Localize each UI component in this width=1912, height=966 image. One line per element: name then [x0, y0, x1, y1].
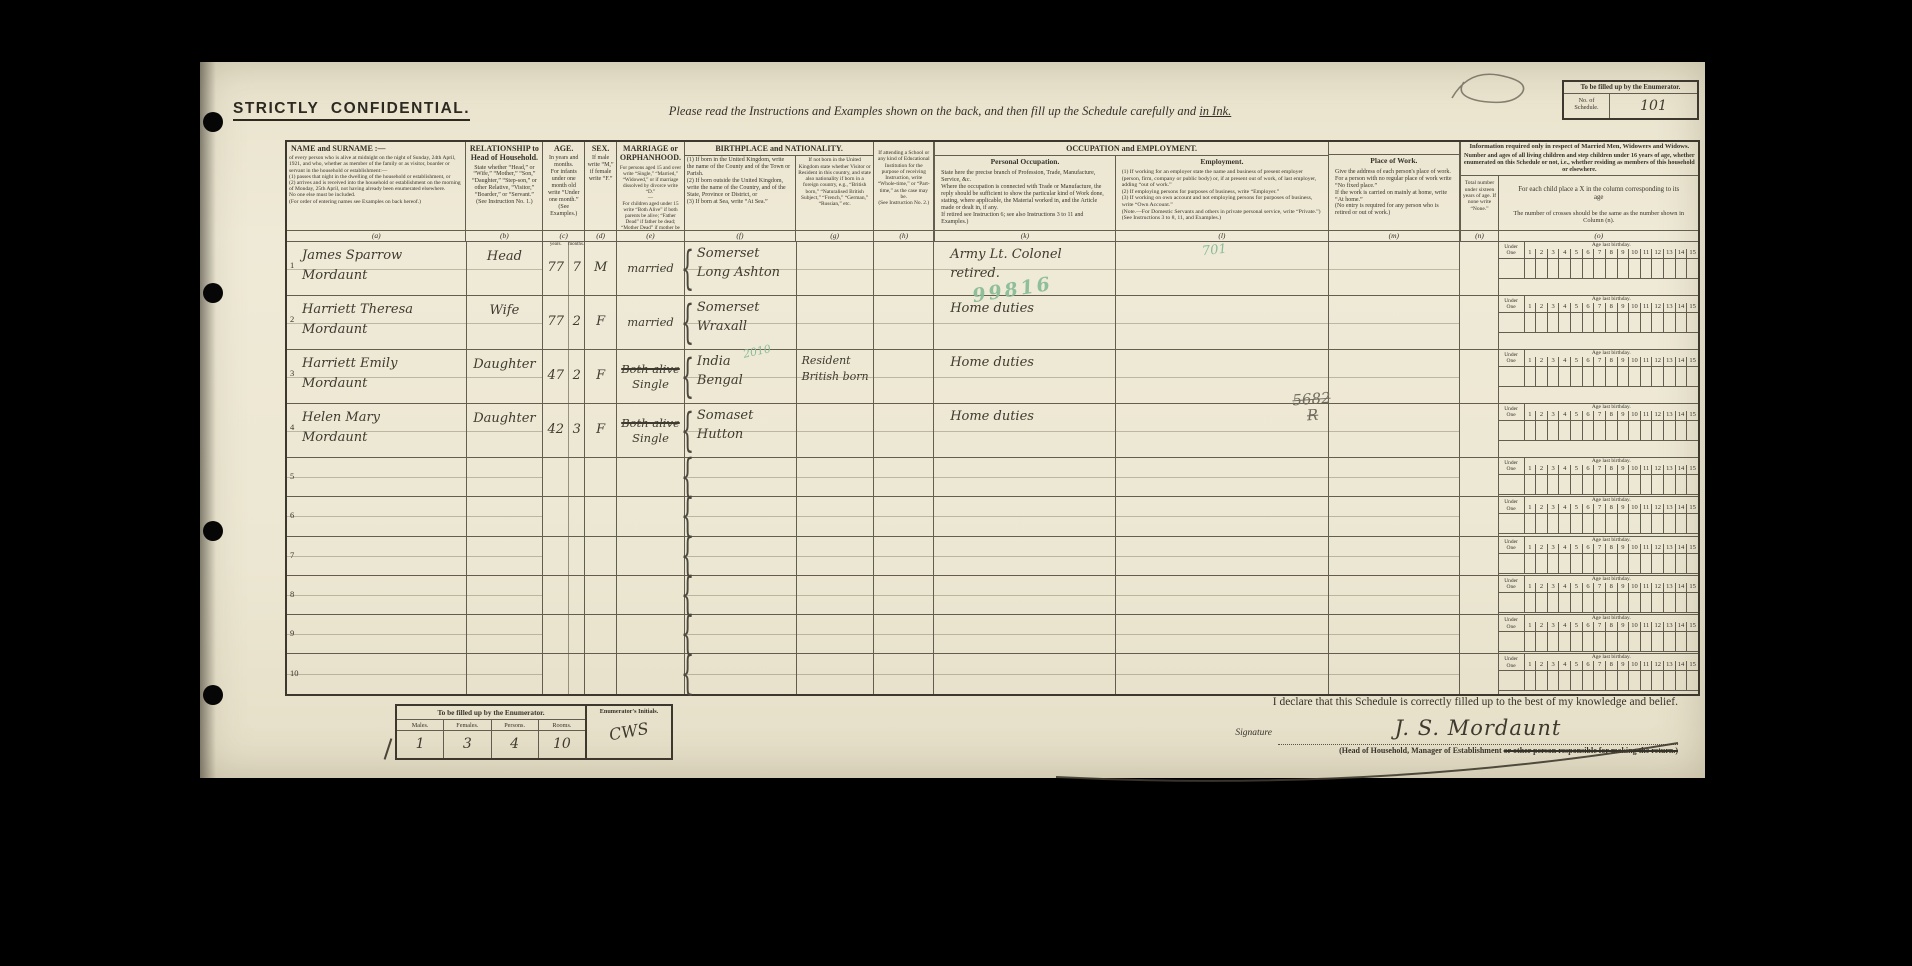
declaration-block: I declare that this Schedule is correctl…: [1030, 696, 1678, 755]
age-col-7: 7: [1593, 411, 1605, 420]
occupation-group-title: OCCUPATION and EMPLOYMENT.: [935, 142, 1328, 156]
cross-cell: [1618, 421, 1630, 440]
age-col-14: 14: [1675, 303, 1687, 312]
cross-cell: [1571, 259, 1583, 278]
age-col-6: 6: [1582, 303, 1594, 312]
cell-relationship: Head: [467, 242, 544, 295]
cross-row: [1499, 313, 1698, 332]
occupation-col-letter: (k): [935, 230, 1115, 241]
under-one-label: Under One: [1499, 537, 1525, 553]
cross-cell: [1676, 593, 1688, 612]
cell-employment: [1116, 296, 1329, 349]
cross-cell: [1652, 367, 1664, 386]
age-col-11: 11: [1640, 661, 1652, 670]
age-last-birthday-label: Age last birthday.: [1525, 350, 1698, 357]
cross-cell: [1676, 632, 1688, 651]
cross-cell: [1664, 421, 1676, 440]
cell-name: 9: [287, 615, 467, 653]
males-value: 1: [416, 734, 425, 754]
age-col-4: 4: [1558, 583, 1570, 592]
cross-cell: [1618, 554, 1630, 573]
enumerator-initials: CWS: [607, 717, 650, 747]
cross-cell: [1641, 514, 1653, 533]
nationality-entry: [797, 296, 874, 299]
cross-cell: [1676, 554, 1688, 573]
cross-cell: [1571, 475, 1583, 494]
age-grid-header: Under OneAge last birthday.1234567891011…: [1499, 404, 1698, 421]
cross-cell: [1606, 554, 1618, 573]
cell-age: 772: [543, 296, 585, 349]
cross-cell: [1583, 421, 1595, 440]
age-last-birthday-label: Age last birthday.: [1525, 537, 1698, 544]
cross-cell: [1583, 671, 1595, 690]
age-col-2: 2: [1535, 357, 1547, 366]
age-col-6: 6: [1582, 504, 1594, 513]
cross-cell: [1687, 671, 1698, 690]
age-col-1: 1: [1525, 544, 1536, 553]
cell-occupation: Home duties: [934, 350, 1115, 403]
cell-birthplace: {: [685, 576, 797, 614]
age-col-1: 1: [1525, 583, 1536, 592]
cross-cell: [1559, 367, 1571, 386]
cell-nationality: [797, 296, 875, 349]
cross-cell: [1571, 514, 1583, 533]
age-col-12: 12: [1651, 357, 1663, 366]
birthplace-entry: India Bengal: [685, 350, 796, 391]
age-col-4: 4: [1558, 544, 1570, 553]
birthplace-col-body: (1) If born in the United Kingdom, write…: [685, 156, 795, 230]
cross-cell: [1559, 313, 1571, 332]
cross-cell: [1652, 554, 1664, 573]
cross-cell: [1536, 367, 1548, 386]
cell-employment: [1116, 458, 1329, 496]
row-number: 10: [290, 668, 299, 678]
age-col-11: 11: [1640, 411, 1652, 420]
persons-column-label: Persons.: [492, 720, 539, 730]
cell-education: [874, 615, 934, 653]
cross-cell: [1559, 475, 1571, 494]
age-col-1: 1: [1525, 622, 1536, 631]
children-age-grid: Under OneAge last birthday.1234567891011…: [1499, 296, 1698, 333]
occupation-entry: Home duties: [934, 404, 1114, 427]
cell-birthplace: {: [685, 537, 797, 575]
age-number-row: 123456789101112131415: [1525, 622, 1698, 631]
age-number-row: 123456789101112131415: [1525, 544, 1698, 553]
cross-cell: [1536, 671, 1548, 690]
cross-cell: [1641, 671, 1653, 690]
cross-row: [1499, 632, 1698, 651]
cross-cell: [1594, 421, 1606, 440]
females-value: 3: [463, 734, 472, 754]
cross-cell: [1499, 421, 1525, 440]
under-one-label: Under One: [1499, 458, 1525, 474]
age-col-7: 7: [1593, 465, 1605, 474]
cell-sex: [585, 615, 617, 653]
marriage-entry: Single: [632, 431, 669, 445]
col-header-children-ages: For each child place a X in the column c…: [1499, 176, 1698, 241]
age-grid-header-right: Age last birthday.123456789101112131415: [1525, 615, 1698, 631]
age-grid-header: Under OneAge last birthday.1234567891011…: [1499, 458, 1698, 475]
cell-children-ages: Under OneAge last birthday.1234567891011…: [1499, 654, 1698, 693]
cross-cell: [1629, 475, 1641, 494]
age-grid-header-right: Age last birthday.123456789101112131415: [1525, 350, 1698, 366]
cross-cell: [1652, 593, 1664, 612]
age-col-5: 5: [1570, 661, 1582, 670]
cell-marriage: married: [617, 296, 685, 349]
age-col-4: 4: [1558, 411, 1570, 420]
age-col-4: 4: [1558, 661, 1570, 670]
cross-row: [1499, 514, 1698, 533]
cross-cell: [1606, 367, 1618, 386]
age-col-7: 7: [1593, 303, 1605, 312]
age-col-8: 8: [1605, 357, 1617, 366]
cross-cell: [1664, 313, 1676, 332]
place-of-work-col-letter: (m): [1329, 230, 1459, 241]
age-col-6: 6: [1582, 465, 1594, 474]
cell-name: 7: [287, 537, 467, 575]
age-grid-header: Under OneAge last birthday.1234567891011…: [1499, 497, 1698, 514]
age-col-5: 5: [1570, 357, 1582, 366]
cell-nationality: Resident British born: [797, 350, 875, 403]
cross-cell: [1583, 475, 1595, 494]
age-col-11: 11: [1640, 303, 1652, 312]
age-col-5: 5: [1570, 303, 1582, 312]
cross-cell: [1559, 671, 1571, 690]
row-number: 6: [290, 510, 294, 520]
cell-name: 3Harriett Emily Mordaunt: [287, 350, 467, 403]
cell-nationality: [797, 458, 875, 496]
cross-cell: [1559, 514, 1571, 533]
cell-birthplace: {India Bengal2010: [685, 350, 797, 403]
age-col-1: 1: [1525, 249, 1536, 258]
cell-children-total: [1460, 497, 1499, 535]
age-col-13: 13: [1663, 303, 1675, 312]
cross-cell: [1594, 475, 1606, 494]
cell-children-total: [1460, 458, 1499, 496]
age-col-7: 7: [1593, 249, 1605, 258]
nationality-entry: Resident British born: [797, 350, 874, 385]
cross-cell: [1606, 313, 1618, 332]
cell-name: 5: [287, 458, 467, 496]
age-col-9: 9: [1617, 544, 1629, 553]
age-col-10: 10: [1628, 583, 1640, 592]
cell-nationality: [797, 615, 875, 653]
col-header-employment: Employment. (1) If working for an employ…: [1116, 156, 1328, 241]
age-col-7: 7: [1593, 622, 1605, 631]
cross-cell: [1676, 367, 1688, 386]
age-col-15: 15: [1686, 357, 1698, 366]
rooms-value: 10: [553, 734, 571, 754]
age-col-8: 8: [1605, 661, 1617, 670]
cross-cell: [1594, 671, 1606, 690]
age-months-entry: 3: [569, 404, 584, 457]
cross-cell: [1559, 421, 1571, 440]
age-col-5: 5: [1570, 249, 1582, 258]
employment-col-letter: (l): [1116, 230, 1328, 241]
cross-cell: [1676, 671, 1688, 690]
cell-age: years.months.777: [543, 242, 585, 295]
cross-cell: [1641, 367, 1653, 386]
age-grid-header: Under OneAge last birthday.1234567891011…: [1499, 537, 1698, 554]
cell-sex: [585, 537, 617, 575]
cell-place-of-work: [1329, 296, 1460, 349]
schedule-box-title: To be filled up by the Enumerator.: [1564, 82, 1697, 94]
age-col-9: 9: [1617, 465, 1629, 474]
age-years-entry: 47: [543, 350, 569, 403]
cell-age: [543, 615, 585, 653]
table-row: 4Helen Mary Mordaunt Daughter 423 F Both…: [287, 404, 1698, 458]
age-col-8: 8: [1605, 465, 1617, 474]
age-col-6: 6: [1582, 411, 1594, 420]
age-col-13: 13: [1663, 583, 1675, 592]
col-group-children: Information required only in respect of …: [1460, 142, 1698, 241]
cross-cell: [1525, 514, 1537, 533]
age-col-10: 10: [1628, 249, 1640, 258]
age-col-10: 10: [1628, 661, 1640, 670]
cell-children-ages: Under OneAge last birthday.1234567891011…: [1499, 242, 1698, 295]
age-col-9: 9: [1617, 249, 1629, 258]
cell-children-ages: Under OneAge last birthday.1234567891011…: [1499, 537, 1698, 575]
age-last-birthday-label: Age last birthday.: [1525, 497, 1698, 504]
cell-sex: [585, 458, 617, 496]
cross-cell: [1629, 259, 1641, 278]
age-col-11: 11: [1640, 249, 1652, 258]
cross-cell: [1629, 593, 1641, 612]
col-header-sex: SEX. If male write “M,” if female write …: [585, 142, 617, 241]
cell-education: [874, 537, 934, 575]
age-col-9: 9: [1617, 303, 1629, 312]
cell-children-ages: Under OneAge last birthday.1234567891011…: [1499, 296, 1698, 349]
col-group-occupation-employment: OCCUPATION and EMPLOYMENT. Personal Occu…: [934, 142, 1329, 241]
table-row: 5 { Under OneAge last birthday.123456789…: [287, 458, 1698, 497]
cross-cell: [1618, 313, 1630, 332]
age-col-4: 4: [1558, 465, 1570, 474]
under-one-label: Under One: [1499, 576, 1525, 592]
age-col-7: 7: [1593, 357, 1605, 366]
cell-birthplace: {: [685, 458, 797, 496]
sex-col-letter: (d): [585, 230, 616, 241]
cell-place-of-work: [1329, 537, 1460, 575]
brace-glyph: {: [681, 245, 694, 291]
cross-cell: [1548, 671, 1560, 690]
children-age-grid: Under OneAge last birthday.1234567891011…: [1499, 350, 1698, 387]
name-col-title: NAME and SURNAME :—: [287, 142, 465, 154]
age-col-8: 8: [1605, 504, 1617, 513]
cell-birthplace: {Somaset Hutton: [685, 404, 797, 457]
age-col-9: 9: [1617, 504, 1629, 513]
age-col-9: 9: [1617, 411, 1629, 420]
cross-cell: [1594, 554, 1606, 573]
cross-cell: [1499, 313, 1525, 332]
cross-cell: [1618, 593, 1630, 612]
col-header-birthplace: (1) If born in the United Kingdom, write…: [685, 156, 796, 241]
years-label: years.: [543, 242, 568, 247]
females-column-label: Females.: [444, 720, 491, 730]
cross-cell: [1687, 313, 1698, 332]
cross-cell: [1652, 259, 1664, 278]
age-grid-header: Under OneAge last birthday.1234567891011…: [1499, 576, 1698, 593]
cross-cell: [1536, 632, 1548, 651]
cross-cell: [1687, 514, 1698, 533]
cross-cell: [1571, 593, 1583, 612]
age-col-9: 9: [1617, 357, 1629, 366]
age-col-15: 15: [1686, 544, 1698, 553]
age-col-14: 14: [1675, 661, 1687, 670]
cross-cell: [1606, 475, 1618, 494]
cell-marriage: Both aliveSingle: [617, 404, 685, 457]
sex-entry: F: [596, 313, 605, 332]
cross-cell: [1536, 259, 1548, 278]
age-col-10: 10: [1628, 622, 1640, 631]
cell-nationality: [797, 404, 875, 457]
row-number: 2: [290, 314, 294, 324]
cell-age: [543, 537, 585, 575]
cross-cell: [1571, 671, 1583, 690]
cross-cell: [1499, 554, 1525, 573]
signature-value: J. S. Mordaunt: [1395, 716, 1562, 740]
cross-cell: [1536, 514, 1548, 533]
cell-occupation: [934, 537, 1115, 575]
cell-sex: [585, 497, 617, 535]
pen-flourish: [1440, 66, 1540, 110]
cross-row: [1499, 593, 1698, 612]
cell-sex: [585, 576, 617, 614]
cross-cell: [1536, 313, 1548, 332]
age-col-12: 12: [1651, 661, 1663, 670]
cell-age: 423: [543, 404, 585, 457]
cell-marriage: married: [617, 242, 685, 295]
under-one-label: Under One: [1499, 654, 1525, 670]
cell-occupation: [934, 497, 1115, 535]
census-schedule-page: STRICTLY CONFIDENTIAL. Please read the I…: [200, 62, 1705, 778]
cross-cell: [1676, 514, 1688, 533]
punch-hole: [203, 283, 223, 303]
cell-birthplace: {Somerset Long Ashton: [685, 242, 797, 295]
age-col-2: 2: [1535, 622, 1547, 631]
cross-cell: [1525, 367, 1537, 386]
scan-background: { "page": { "confidential": "STRICTLY CO…: [0, 0, 1912, 966]
cross-cell: [1571, 367, 1583, 386]
cross-cell: [1583, 514, 1595, 533]
age-number-row: 123456789101112131415: [1525, 357, 1698, 366]
cell-occupation: Home duties: [934, 404, 1115, 457]
cross-cell: [1594, 593, 1606, 612]
cross-cell: [1594, 367, 1606, 386]
signature-line: J. S. Mordaunt: [1278, 713, 1678, 745]
cross-cell: [1583, 367, 1595, 386]
age-col-2: 2: [1535, 661, 1547, 670]
age-col-12: 12: [1651, 465, 1663, 474]
cross-cell: [1594, 313, 1606, 332]
cell-name: 8: [287, 576, 467, 614]
age-col-12: 12: [1651, 411, 1663, 420]
age-col-11: 11: [1640, 357, 1652, 366]
row-number: 8: [290, 589, 294, 599]
age-number-row: 123456789101112131415: [1525, 465, 1698, 474]
cell-nationality: [797, 537, 875, 575]
age-col-5: 5: [1570, 544, 1582, 553]
marriage-entry: Single: [632, 377, 669, 391]
age-col-15: 15: [1686, 583, 1698, 592]
cell-name: 4Helen Mary Mordaunt: [287, 404, 467, 457]
cell-children-total: [1460, 654, 1499, 693]
cross-cell: [1664, 367, 1676, 386]
cell-children-ages: Under OneAge last birthday.1234567891011…: [1499, 497, 1698, 535]
cell-place-of-work: [1329, 458, 1460, 496]
signature-caption: (Head of Household, Manager of Establish…: [1030, 746, 1678, 755]
age-col-2: 2: [1535, 465, 1547, 474]
cross-cell: [1618, 475, 1630, 494]
employment-col-body: (1) If working for an employer state the…: [1116, 168, 1328, 230]
age-col-14: 14: [1675, 249, 1687, 258]
age-col-14: 14: [1675, 465, 1687, 474]
age-col-4: 4: [1558, 249, 1570, 258]
schedule-number-label: No. of Schedule.: [1564, 94, 1610, 118]
cross-cell: [1652, 514, 1664, 533]
age-col-11: 11: [1640, 504, 1652, 513]
cross-cell: [1606, 421, 1618, 440]
nationality-entry: [797, 404, 874, 407]
age-col-11: 11: [1640, 583, 1652, 592]
age-number-row: 123456789101112131415: [1525, 411, 1698, 420]
table-header-row: NAME and SURNAME :— of every person who …: [287, 142, 1698, 242]
cross-cell: [1594, 514, 1606, 533]
marriage-struck-entry: Both alive: [621, 416, 680, 430]
occupation-entry: Home duties: [934, 350, 1114, 373]
cross-cell: [1525, 259, 1537, 278]
cross-cell: [1559, 554, 1571, 573]
cross-cell: [1687, 593, 1698, 612]
cross-cell: [1499, 593, 1525, 612]
row-number: 9: [290, 628, 294, 638]
cell-birthplace: {Somerset Wraxall: [685, 296, 797, 349]
occupation-entry: Home duties: [934, 296, 1114, 319]
cross-cell: [1525, 421, 1537, 440]
relationship-col-letter: (b): [466, 230, 542, 241]
rooms-column-label: Rooms.: [539, 720, 585, 730]
cell-children-total: [1460, 350, 1499, 403]
age-last-birthday-label: Age last birthday.: [1525, 296, 1698, 303]
children-age-grid: Under OneAge last birthday.1234567891011…: [1499, 404, 1698, 441]
cross-cell: [1641, 313, 1653, 332]
cross-cell: [1629, 632, 1641, 651]
cell-relationship: [467, 497, 544, 535]
age-last-birthday-label: Age last birthday.: [1525, 404, 1698, 411]
col-header-children-total: Total number under sixteen years of age.…: [1461, 176, 1500, 241]
age-grid-header-right: Age last birthday.123456789101112131415: [1525, 296, 1698, 312]
age-number-row: 123456789101112131415: [1525, 583, 1698, 592]
cross-cell: [1536, 421, 1548, 440]
graphite-pencil-mark: 5682 R: [1292, 390, 1332, 424]
cross-cell: [1676, 421, 1688, 440]
birthplace-entry: Somerset Wraxall: [685, 296, 796, 337]
cross-cell: [1606, 514, 1618, 533]
cross-cell: [1618, 259, 1630, 278]
age-col-6: 6: [1582, 583, 1594, 592]
cross-cell: [1664, 259, 1676, 278]
children-ages-col-body1: For each child place a X in the column c…: [1499, 176, 1698, 202]
months-label: months.: [568, 242, 584, 247]
age-col-3: 3: [1547, 411, 1559, 420]
cross-cell: [1594, 259, 1606, 278]
cross-cell: [1618, 514, 1630, 533]
cell-occupation: [934, 615, 1115, 653]
place-of-work-blank-strip: [1329, 142, 1459, 155]
age-col-15: 15: [1686, 622, 1698, 631]
cell-children-ages: Under OneAge last birthday.1234567891011…: [1499, 576, 1698, 614]
cross-cell: [1664, 554, 1676, 573]
brace-glyph: {: [681, 651, 694, 697]
